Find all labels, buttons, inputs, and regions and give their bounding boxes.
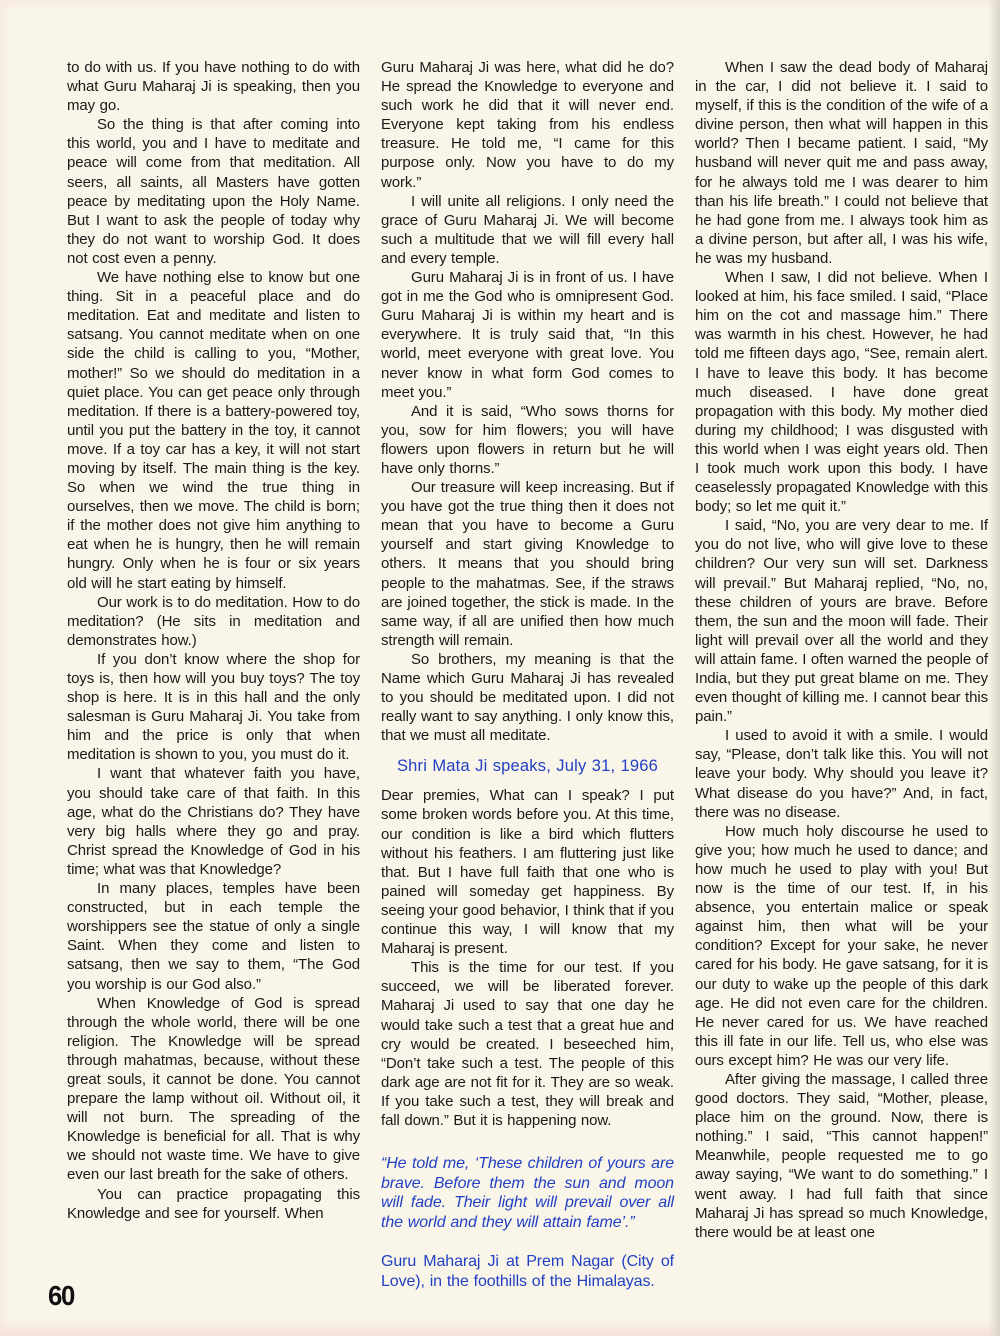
page-number: 60 — [48, 1280, 74, 1312]
paragraph: Our work is to do meditation. How to do … — [67, 593, 360, 650]
paragraph: I used to avoid it with a smile. I would… — [695, 726, 988, 821]
article-heading: Shri Mata Ji speaks, July 31, 1966 — [381, 756, 674, 776]
paragraph: After giving the massage, I called three… — [695, 1070, 988, 1242]
column-1: to do with us. If you have nothing to do… — [67, 58, 360, 1291]
paragraph: How much holy discourse he used to give … — [695, 822, 988, 1070]
page-edge-bottom — [0, 1318, 1000, 1336]
column-3: When I saw the dead body of Maharaj in t… — [695, 58, 988, 1291]
paragraph: If you don’t know where the shop for toy… — [67, 650, 360, 765]
paragraph: When I saw, I did not believe. When I lo… — [695, 268, 988, 516]
paragraph: Dear premies, What can I speak? I put so… — [381, 786, 674, 958]
paragraph: I said, “No, you are very dear to me. If… — [695, 516, 988, 726]
paragraph: So the thing is that after coming into t… — [67, 115, 360, 268]
magazine-page: to do with us. If you have nothing to do… — [0, 0, 1000, 1336]
article-quote: “He told me, ‘These children of yours ar… — [381, 1154, 674, 1232]
paragraph: And it is said, “Who sows thorns for you… — [381, 402, 674, 478]
page-edge-left — [0, 0, 10, 1336]
paragraph: Our treasure will keep increasing. But i… — [381, 478, 674, 650]
paragraph: You can practice propagating this Knowle… — [67, 1185, 360, 1223]
page-edge-top — [0, 0, 1000, 11]
article-body: to do with us. If you have nothing to do… — [67, 58, 989, 1291]
paragraph: I will unite all religions. I only need … — [381, 192, 674, 268]
paragraph: Guru Maharaj Ji was here, what did he do… — [381, 58, 674, 192]
page-edge-right — [988, 0, 1000, 1336]
paragraph: Guru Maharaj Ji is in front of us. I hav… — [381, 268, 674, 402]
paragraph: We have nothing else to know but one thi… — [67, 268, 360, 593]
paragraph: I want that whatever faith you have, you… — [67, 764, 360, 879]
paragraph: to do with us. If you have nothing to do… — [67, 58, 360, 115]
paragraph: When Knowledge of God is spread through … — [67, 994, 360, 1185]
column-2: Guru Maharaj Ji was here, what did he do… — [381, 58, 674, 1291]
paragraph: So brothers, my meaning is that the Name… — [381, 650, 674, 745]
paragraph: When I saw the dead body of Maharaj in t… — [695, 58, 988, 268]
article-caption: Guru Maharaj Ji at Prem Nagar (City of L… — [381, 1252, 674, 1291]
paragraph: In many places, temples have been constr… — [67, 879, 360, 994]
paragraph: This is the time for our test. If you su… — [381, 958, 674, 1130]
